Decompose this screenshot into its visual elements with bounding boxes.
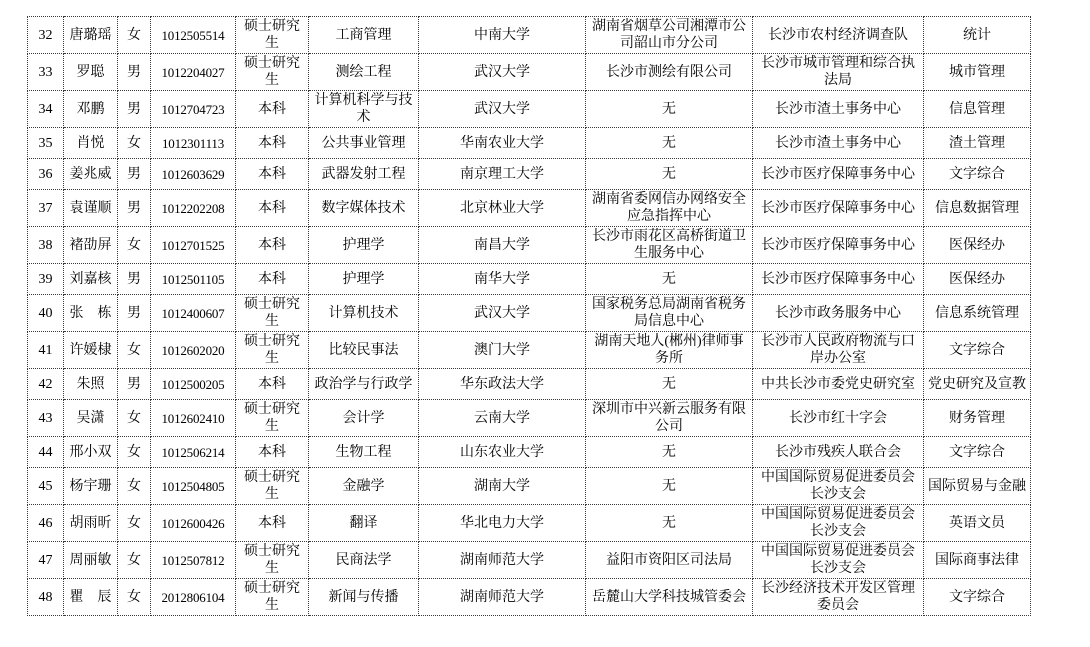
cell-candidate_id: 1012500205	[151, 369, 236, 400]
cell-current_work_unit: 岳麓山大学科技城管委会	[586, 579, 753, 616]
cell-name: 许媛棣	[64, 332, 118, 369]
cell-name: 杨宇珊	[64, 468, 118, 505]
cell-candidate_id: 1012600426	[151, 505, 236, 542]
cell-current_work_unit: 无	[586, 159, 753, 190]
cell-name: 邓鹏	[64, 91, 118, 128]
cell-position: 信息系统管理	[924, 295, 1031, 332]
cell-name: 胡雨昕	[64, 505, 118, 542]
table-row: 41许媛棣女1012602020硕士研究生比较民事法澳门大学湖南天地人(郴州)律…	[28, 332, 1031, 369]
cell-university: 华东政法大学	[419, 369, 586, 400]
cell-major: 计算机技术	[309, 295, 419, 332]
cell-university: 武汉大学	[419, 295, 586, 332]
cell-university: 南京理工大学	[419, 159, 586, 190]
cell-assigned_unit: 中国国际贸易促进委员会长沙支会	[753, 468, 924, 505]
cell-position: 国际贸易与金融	[924, 468, 1031, 505]
cell-education: 本科	[236, 159, 309, 190]
cell-major: 比较民事法	[309, 332, 419, 369]
table-row: 47周丽敏女1012507812硕士研究生民商法学湖南师范大学益阳市资阳区司法局…	[28, 542, 1031, 579]
cell-university: 澳门大学	[419, 332, 586, 369]
table-row: 42朱照男1012500205本科政治学与行政学华东政法大学无中共长沙市委党史研…	[28, 369, 1031, 400]
table-row: 36姜兆威男1012603629本科武器发射工程南京理工大学无长沙市医疗保障事务…	[28, 159, 1031, 190]
cell-major: 武器发射工程	[309, 159, 419, 190]
cell-gender: 女	[118, 579, 151, 616]
cell-university: 云南大学	[419, 400, 586, 437]
cell-gender: 男	[118, 369, 151, 400]
cell-education: 硕士研究生	[236, 542, 309, 579]
cell-major: 数字媒体技术	[309, 190, 419, 227]
cell-current_work_unit: 无	[586, 369, 753, 400]
cell-position: 医保经办	[924, 264, 1031, 295]
cell-university: 湖南大学	[419, 468, 586, 505]
cell-assigned_unit: 中共长沙市委党史研究室	[753, 369, 924, 400]
cell-gender: 男	[118, 295, 151, 332]
cell-row_no: 39	[28, 264, 64, 295]
cell-major: 翻译	[309, 505, 419, 542]
table-row: 48瞿 辰女2012806104硕士研究生新闻与传播湖南师范大学岳麓山大学科技城…	[28, 579, 1031, 616]
cell-education: 本科	[236, 128, 309, 159]
cell-university: 南华大学	[419, 264, 586, 295]
cell-candidate_id: 1012301113	[151, 128, 236, 159]
cell-university: 湖南师范大学	[419, 579, 586, 616]
cell-assigned_unit: 长沙市医疗保障事务中心	[753, 190, 924, 227]
cell-assigned_unit: 中国国际贸易促进委员会长沙支会	[753, 542, 924, 579]
cell-current_work_unit: 湖南省委网信办网络安全应急指挥中心	[586, 190, 753, 227]
cell-row_no: 37	[28, 190, 64, 227]
cell-row_no: 47	[28, 542, 64, 579]
cell-current_work_unit: 国家税务总局湖南省税务局信息中心	[586, 295, 753, 332]
table-row: 32唐璐瑶女1012505514硕士研究生工商管理中南大学湖南省烟草公司湘潭市公…	[28, 17, 1031, 54]
cell-name: 朱照	[64, 369, 118, 400]
cell-education: 硕士研究生	[236, 295, 309, 332]
cell-current_work_unit: 无	[586, 468, 753, 505]
cell-name: 唐璐瑶	[64, 17, 118, 54]
cell-position: 英语文员	[924, 505, 1031, 542]
cell-current_work_unit: 无	[586, 128, 753, 159]
cell-assigned_unit: 中国国际贸易促进委员会长沙支会	[753, 505, 924, 542]
cell-education: 本科	[236, 91, 309, 128]
cell-current_work_unit: 长沙市测绘有限公司	[586, 54, 753, 91]
cell-name: 张 栋	[64, 295, 118, 332]
cell-position: 渣土管理	[924, 128, 1031, 159]
table-row: 44邢小双女1012506214本科生物工程山东农业大学无长沙市残疾人联合会文字…	[28, 437, 1031, 468]
cell-candidate_id: 1012505514	[151, 17, 236, 54]
cell-gender: 男	[118, 264, 151, 295]
table-row: 33罗聪男1012204027硕士研究生测绘工程武汉大学长沙市测绘有限公司长沙市…	[28, 54, 1031, 91]
cell-major: 公共事业管理	[309, 128, 419, 159]
cell-education: 硕士研究生	[236, 332, 309, 369]
cell-row_no: 42	[28, 369, 64, 400]
cell-name: 姜兆威	[64, 159, 118, 190]
cell-row_no: 35	[28, 128, 64, 159]
cell-current_work_unit: 无	[586, 264, 753, 295]
table-row: 46胡雨昕女1012600426本科翻译华北电力大学无中国国际贸易促进委员会长沙…	[28, 505, 1031, 542]
roster-table-container: 32唐璐瑶女1012505514硕士研究生工商管理中南大学湖南省烟草公司湘潭市公…	[27, 16, 1031, 616]
cell-candidate_id: 1012202208	[151, 190, 236, 227]
cell-row_no: 33	[28, 54, 64, 91]
table-row: 34邓鹏男1012704723本科计算机科学与技术武汉大学无长沙市渣土事务中心信…	[28, 91, 1031, 128]
cell-position: 党史研究及宣教	[924, 369, 1031, 400]
cell-position: 统计	[924, 17, 1031, 54]
cell-candidate_id: 1012204027	[151, 54, 236, 91]
cell-row_no: 44	[28, 437, 64, 468]
cell-education: 本科	[236, 505, 309, 542]
cell-education: 硕士研究生	[236, 468, 309, 505]
table-row: 38褚劭屏女1012701525本科护理学南昌大学长沙市雨花区高桥街道卫生服务中…	[28, 227, 1031, 264]
cell-education: 本科	[236, 227, 309, 264]
cell-education: 本科	[236, 437, 309, 468]
cell-candidate_id: 1012603629	[151, 159, 236, 190]
cell-major: 计算机科学与技术	[309, 91, 419, 128]
cell-candidate_id: 1012602020	[151, 332, 236, 369]
cell-gender: 男	[118, 159, 151, 190]
cell-name: 瞿 辰	[64, 579, 118, 616]
cell-assigned_unit: 长沙市渣土事务中心	[753, 91, 924, 128]
cell-candidate_id: 2012806104	[151, 579, 236, 616]
cell-current_work_unit: 无	[586, 437, 753, 468]
cell-assigned_unit: 长沙市农村经济调查队	[753, 17, 924, 54]
cell-major: 生物工程	[309, 437, 419, 468]
cell-candidate_id: 1012602410	[151, 400, 236, 437]
cell-gender: 男	[118, 54, 151, 91]
cell-university: 南昌大学	[419, 227, 586, 264]
cell-row_no: 40	[28, 295, 64, 332]
cell-current_work_unit: 湖南省烟草公司湘潭市公司韶山市分公司	[586, 17, 753, 54]
cell-position: 国际商事法律	[924, 542, 1031, 579]
cell-assigned_unit: 长沙市政务服务中心	[753, 295, 924, 332]
cell-university: 山东农业大学	[419, 437, 586, 468]
cell-assigned_unit: 长沙市红十字会	[753, 400, 924, 437]
cell-position: 医保经办	[924, 227, 1031, 264]
cell-education: 硕士研究生	[236, 579, 309, 616]
cell-major: 政治学与行政学	[309, 369, 419, 400]
cell-candidate_id: 1012507812	[151, 542, 236, 579]
cell-gender: 男	[118, 190, 151, 227]
cell-gender: 女	[118, 505, 151, 542]
table-row: 40张 栋男1012400607硕士研究生计算机技术武汉大学国家税务总局湖南省税…	[28, 295, 1031, 332]
cell-major: 护理学	[309, 264, 419, 295]
cell-position: 文字综合	[924, 332, 1031, 369]
cell-name: 罗聪	[64, 54, 118, 91]
cell-position: 文字综合	[924, 437, 1031, 468]
records-body: 32唐璐瑶女1012505514硕士研究生工商管理中南大学湖南省烟草公司湘潭市公…	[28, 17, 1031, 616]
cell-university: 武汉大学	[419, 91, 586, 128]
cell-assigned_unit: 长沙市残疾人联合会	[753, 437, 924, 468]
cell-major: 民商法学	[309, 542, 419, 579]
cell-candidate_id: 1012501105	[151, 264, 236, 295]
cell-position: 文字综合	[924, 579, 1031, 616]
cell-row_no: 46	[28, 505, 64, 542]
cell-position: 城市管理	[924, 54, 1031, 91]
cell-row_no: 36	[28, 159, 64, 190]
cell-candidate_id: 1012504805	[151, 468, 236, 505]
cell-name: 袁谨顺	[64, 190, 118, 227]
cell-gender: 女	[118, 332, 151, 369]
table-row: 45杨宇珊女1012504805硕士研究生金融学湖南大学无中国国际贸易促进委员会…	[28, 468, 1031, 505]
cell-major: 会计学	[309, 400, 419, 437]
cell-major: 工商管理	[309, 17, 419, 54]
cell-university: 华北电力大学	[419, 505, 586, 542]
cell-assigned_unit: 长沙市渣土事务中心	[753, 128, 924, 159]
cell-name: 肖悦	[64, 128, 118, 159]
cell-candidate_id: 1012704723	[151, 91, 236, 128]
cell-row_no: 43	[28, 400, 64, 437]
cell-gender: 女	[118, 468, 151, 505]
cell-major: 护理学	[309, 227, 419, 264]
cell-university: 湖南师范大学	[419, 542, 586, 579]
cell-current_work_unit: 无	[586, 91, 753, 128]
cell-row_no: 41	[28, 332, 64, 369]
cell-current_work_unit: 益阳市资阳区司法局	[586, 542, 753, 579]
cell-row_no: 45	[28, 468, 64, 505]
cell-row_no: 48	[28, 579, 64, 616]
table-row: 43吴潇女1012602410硕士研究生会计学云南大学深圳市中兴新云服务有限公司…	[28, 400, 1031, 437]
cell-major: 测绘工程	[309, 54, 419, 91]
cell-education: 本科	[236, 190, 309, 227]
cell-row_no: 34	[28, 91, 64, 128]
cell-current_work_unit: 长沙市雨花区高桥街道卫生服务中心	[586, 227, 753, 264]
cell-current_work_unit: 深圳市中兴新云服务有限公司	[586, 400, 753, 437]
cell-name: 刘嘉核	[64, 264, 118, 295]
table-row: 39刘嘉核男1012501105本科护理学南华大学无长沙市医疗保障事务中心医保经…	[28, 264, 1031, 295]
cell-candidate_id: 1012400607	[151, 295, 236, 332]
cell-assigned_unit: 长沙市城市管理和综合执法局	[753, 54, 924, 91]
cell-position: 信息管理	[924, 91, 1031, 128]
cell-university: 北京林业大学	[419, 190, 586, 227]
cell-education: 硕士研究生	[236, 17, 309, 54]
cell-current_work_unit: 无	[586, 505, 753, 542]
cell-row_no: 38	[28, 227, 64, 264]
cell-candidate_id: 1012506214	[151, 437, 236, 468]
cell-university: 华南农业大学	[419, 128, 586, 159]
cell-education: 硕士研究生	[236, 400, 309, 437]
cell-assigned_unit: 长沙经济技术开发区管理委员会	[753, 579, 924, 616]
cell-name: 邢小双	[64, 437, 118, 468]
cell-education: 本科	[236, 264, 309, 295]
table-row: 37袁谨顺男1012202208本科数字媒体技术北京林业大学湖南省委网信办网络安…	[28, 190, 1031, 227]
cell-assigned_unit: 长沙市人民政府物流与口岸办公室	[753, 332, 924, 369]
cell-assigned_unit: 长沙市医疗保障事务中心	[753, 159, 924, 190]
cell-current_work_unit: 湖南天地人(郴州)律师事务所	[586, 332, 753, 369]
cell-name: 周丽敏	[64, 542, 118, 579]
cell-position: 财务管理	[924, 400, 1031, 437]
cell-position: 文字综合	[924, 159, 1031, 190]
cell-major: 新闻与传播	[309, 579, 419, 616]
cell-gender: 女	[118, 227, 151, 264]
cell-position: 信息数据管理	[924, 190, 1031, 227]
cell-university: 武汉大学	[419, 54, 586, 91]
cell-gender: 女	[118, 17, 151, 54]
cell-gender: 女	[118, 542, 151, 579]
cell-candidate_id: 1012701525	[151, 227, 236, 264]
cell-education: 硕士研究生	[236, 54, 309, 91]
cell-gender: 男	[118, 91, 151, 128]
cell-name: 吴潇	[64, 400, 118, 437]
cell-gender: 女	[118, 400, 151, 437]
cell-row_no: 32	[28, 17, 64, 54]
table-row: 35肖悦女1012301113本科公共事业管理华南农业大学无长沙市渣土事务中心渣…	[28, 128, 1031, 159]
cell-name: 褚劭屏	[64, 227, 118, 264]
cell-major: 金融学	[309, 468, 419, 505]
cell-education: 本科	[236, 369, 309, 400]
cell-gender: 女	[118, 128, 151, 159]
personnel-roster-table: 32唐璐瑶女1012505514硕士研究生工商管理中南大学湖南省烟草公司湘潭市公…	[27, 16, 1031, 616]
cell-assigned_unit: 长沙市医疗保障事务中心	[753, 227, 924, 264]
cell-university: 中南大学	[419, 17, 586, 54]
cell-assigned_unit: 长沙市医疗保障事务中心	[753, 264, 924, 295]
cell-gender: 女	[118, 437, 151, 468]
